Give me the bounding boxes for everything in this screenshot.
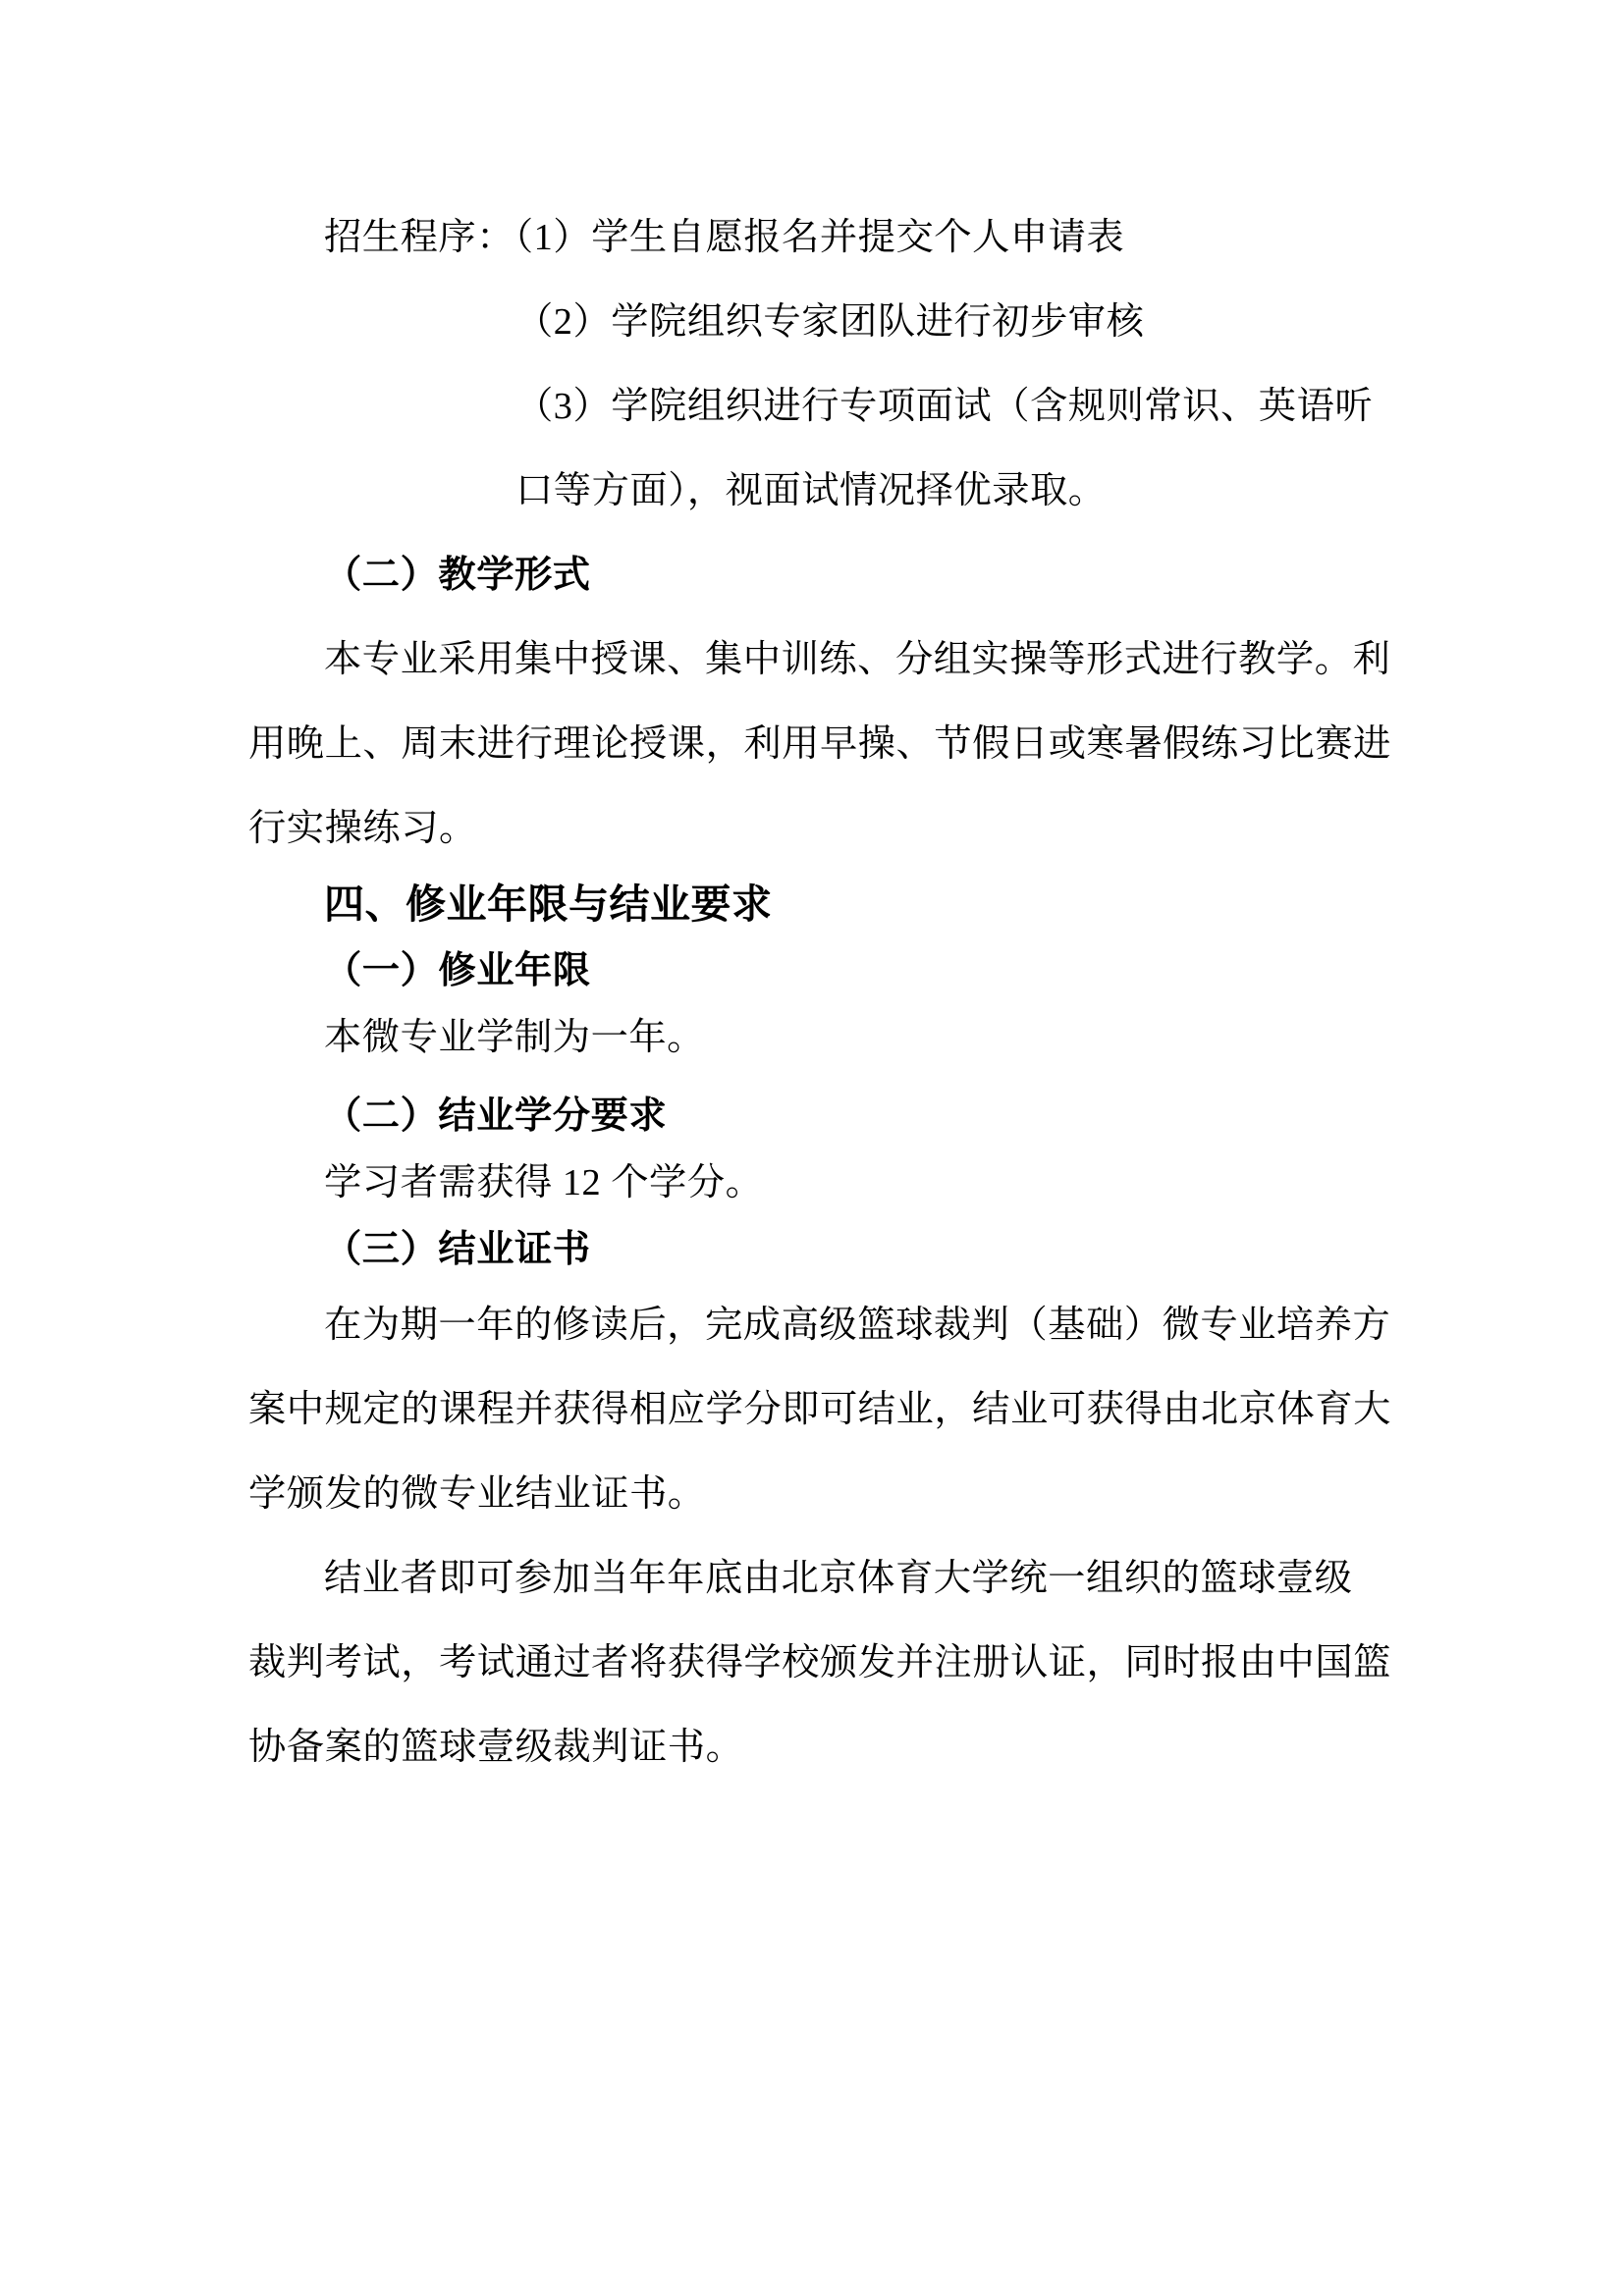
study-duration-body: 本微专业学制为一年。 bbox=[248, 1004, 1378, 1071]
certificate-paragraph-1-line: 在为期一年的修读后，完成高级篮球裁判（基础）微专业培养方 bbox=[248, 1283, 1378, 1367]
admission-procedure-line-2: （2）学院组织专家团队进行初步审核 bbox=[248, 280, 1378, 364]
certificate-paragraph-1-line: 案中规定的课程并获得相应学分即可结业，结业可获得由北京体育大 bbox=[248, 1367, 1378, 1452]
certificate-paragraph-2-line: 协备案的篮球壹级裁判证书。 bbox=[248, 1705, 1378, 1789]
document-page: 招生程序：（1）学生自愿报名并提交个人申请表 （2）学院组织专家团队进行初步审核… bbox=[0, 0, 1624, 2296]
credit-requirement-body: 学习者需获得 12 个学分。 bbox=[248, 1149, 1378, 1216]
admission-procedure-line-3: （3）学院组织进行专项面试（含规则常识、英语听 bbox=[248, 364, 1378, 449]
teaching-format-paragraph-line: 行实操练习。 bbox=[248, 786, 1378, 871]
certificate-paragraph-2-line: 裁判考试，考试通过者将获得学校颁发并注册认证，同时报由中国篮 bbox=[248, 1621, 1378, 1705]
credit-requirement-heading: （二）结业学分要求 bbox=[248, 1083, 1378, 1149]
study-duration-heading: （一）修业年限 bbox=[248, 937, 1378, 1004]
document-content: 招生程序：（1）学生自愿报名并提交个人申请表 （2）学院组织专家团队进行初步审核… bbox=[248, 195, 1378, 1789]
teaching-format-paragraph-line: 本专业采用集中授课、集中训练、分组实操等形式进行教学。利 bbox=[248, 617, 1378, 702]
section-four-heading: 四、修业年限与结业要求 bbox=[248, 871, 1378, 937]
certificate-paragraph-2-line: 结业者即可参加当年年底由北京体育大学统一组织的篮球壹级 bbox=[248, 1536, 1378, 1621]
certificate-heading: （三）结业证书 bbox=[248, 1216, 1378, 1283]
teaching-format-paragraph-line: 用晚上、周末进行理论授课，利用早操、节假日或寒暑假练习比赛进 bbox=[248, 702, 1378, 786]
certificate-paragraph-1-line: 学颁发的微专业结业证书。 bbox=[248, 1452, 1378, 1536]
admission-procedure-line-4: 口等方面），视面试情况择优录取。 bbox=[248, 449, 1378, 533]
teaching-format-heading: （二）教学形式 bbox=[248, 533, 1378, 617]
admission-procedure-line-1: 招生程序：（1）学生自愿报名并提交个人申请表 bbox=[248, 195, 1378, 280]
